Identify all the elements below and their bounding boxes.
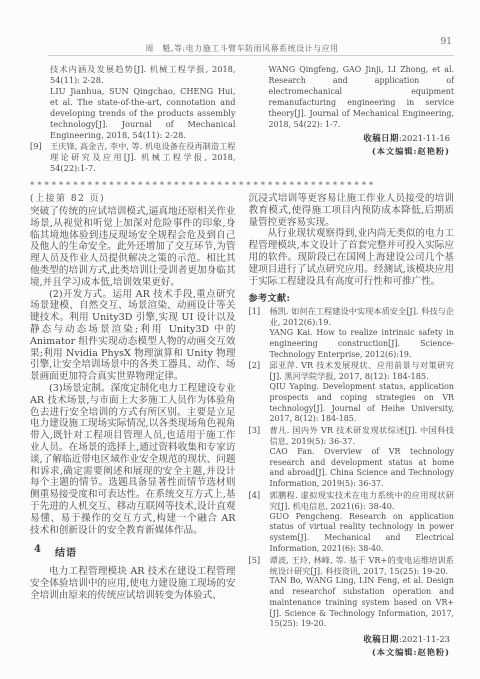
paragraph-scene-customization: (3)场景定制。深度定制化电力工程建设专业 AR 技术场景,与市面上大多施工人员… — [30, 383, 236, 536]
reference-chinese: 邱亚萍. VR 技术发展现状、应用前景与对策研究[J]. 黑河学院学报, 201… — [270, 360, 455, 382]
received-date-label: 收稿日期 — [363, 634, 399, 644]
reference-text: WANG Qingfeng, GAO Jinji, LI Zhong, et a… — [269, 64, 455, 130]
article-right-column: 沉浸式培训等更容易让施工作业人员接受的培训教育模式,使得施工项目内预防成本降低,… — [249, 193, 455, 658]
paragraph-industry-status: 从行业现状观察得到,业内尚无类似的电力工程管理模块,本文设计了首套完整并可投入实… — [249, 228, 455, 287]
conclusion-heading-number: 4 — [34, 544, 42, 559]
reference-chinese: 曹凡. 国内外 VR 技术研发现状综述[J]. 中国科技信息, 2019(5):… — [270, 425, 455, 447]
reference-entry: [3] 曹凡. 国内外 VR 技术研发现状综述[J]. 中国科技信息, 2019… — [249, 425, 455, 490]
reference-entry: 技术内涵及发展趋势[J]. 机械工程学报, 2018, 54(11): 2-28… — [30, 64, 236, 86]
editor-credit: (本文编辑:赵艳粉) — [249, 646, 455, 658]
received-date-line: 收稿日期:2021-11-16 — [249, 132, 455, 145]
reference-chinese: 杨凯. 如何在工程建设中实现本质安全[J]. 科技与企业, 2012(6):19… — [270, 306, 455, 328]
reference-entry: [2] 邱亚萍. VR 技术发展现状、应用前景与对策研究[J]. 黑河学院学报,… — [249, 360, 455, 425]
reference-english: GUO Pengcheng. Research on application s… — [270, 512, 455, 555]
reference-entry: WANG Qingfeng, GAO Jinji, LI Zhong, et a… — [249, 64, 455, 130]
received-date-label: 收稿日期 — [363, 133, 399, 143]
floral-divider: ❀❀❀❀❀❀❀❀❀❀❀❀❀❀❀❀❀❀❀❀❀❀❀❀❀❀❀❀❀❀❀❀❀❀❀❀❀❀❀❀… — [30, 181, 454, 187]
received-date-value: :2021-11-16 — [399, 133, 450, 143]
reference-entry: LIU Jianhua, SUN Qingchao, CHENG Hui, et… — [30, 86, 236, 141]
reference-body: 谭波, 王玲, 林峰, 等. 基于 VR+的变电运维培训系统设计研究[J]. 科… — [270, 555, 455, 631]
article-left-column: (上接第 82 页) 突破了传统的应试培训模式,逼真地还原相关作业场景,从视觉和… — [30, 193, 236, 658]
reference-text: 王庆锋, 高金吉, 李中, 等. 机电设备在役再制造工程理论研究及应用[J]. … — [50, 141, 236, 174]
reference-entry: [4] 郭鹏程. 虚拟现实技术在电力系统中的应用现状研究[J]. 机电信息, 2… — [249, 490, 455, 555]
reference-number: [9] — [30, 141, 50, 174]
reference-body: 曹凡. 国内外 VR 技术研发现状综述[J]. 中国科技信息, 2019(5):… — [270, 425, 455, 490]
prev-refs-left-column: 技术内涵及发展趋势[J]. 机械工程学报, 2018, 54(11): 2-28… — [30, 64, 236, 174]
reference-number: [1] — [249, 306, 270, 360]
reference-number — [30, 86, 50, 141]
reference-chinese: 郭鹏程. 虚拟现实技术在电力系统中的应用现状研究[J]. 机电信息, 2021(… — [270, 490, 455, 512]
reference-number: [5] — [249, 555, 270, 631]
conclusion-heading-title: 结语 — [55, 544, 77, 559]
reference-number: [4] — [249, 490, 270, 555]
reference-english: CAO Fan. Overview of VR technology resea… — [270, 447, 455, 490]
reference-body: 郭鹏程. 虚拟现实技术在电力系统中的应用现状研究[J]. 机电信息, 2021(… — [270, 490, 455, 555]
reference-body: 杨凯. 如何在工程建设中实现本质安全[J]. 科技与企业, 2012(6):19… — [270, 306, 455, 360]
page-header: 周 魁,等:电力施工斗臂车防雨风幕系统设计与应用 91 — [30, 36, 454, 49]
reference-number — [30, 64, 50, 86]
journal-page-scan: 周 魁,等:电力施工斗臂车防雨风幕系统设计与应用 91 技术内涵及发展趋势[J]… — [0, 0, 480, 679]
prev-refs-right-list: WANG Qingfeng, GAO Jinji, LI Zhong, et a… — [249, 64, 455, 130]
paragraph-conclusion-continued: 沉浸式培训等更容易让施工作业人员接受的培训教育模式,使得施工项目内预防成本降低,… — [249, 193, 455, 228]
reference-body: 邱亚萍. VR 技术发展现状、应用前景与对策研究[J]. 黑河学院学报, 201… — [270, 360, 455, 425]
reference-number: [2] — [249, 360, 270, 425]
received-date-value: :2021-11-23 — [399, 634, 450, 644]
received-date-line: 收稿日期:2021-11-23 — [249, 633, 455, 646]
reference-english: QIU Yaping. Development status, applicat… — [270, 382, 455, 425]
references-list: [1] 杨凯. 如何在工程建设中实现本质安全[J]. 科技与企业, 2012(6… — [249, 306, 455, 630]
reference-entry: [9] 王庆锋, 高金吉, 李中, 等. 机电设备在役再制造工程理论研究及应用[… — [30, 141, 236, 174]
prev-refs-right-column: WANG Qingfeng, GAO Jinji, LI Zhong, et a… — [249, 64, 455, 174]
continuation-note: (上接第 82 页) — [30, 193, 236, 206]
page-content: 周 魁,等:电力施工斗臂车防雨风幕系统设计与应用 91 技术内涵及发展趋势[J]… — [30, 36, 454, 658]
reference-entry: [5] 谭波, 王玲, 林峰, 等. 基于 VR+的变电运维培训系统设计研究[J… — [249, 555, 455, 631]
paragraph-development: (2)开发方式。运用 AR 技术手段,重点研究场景建模、自然交互、场景渲染、动画… — [30, 289, 236, 383]
references-heading: 参考文献: — [249, 291, 455, 304]
reference-entry: [1] 杨凯. 如何在工程建设中实现本质安全[J]. 科技与企业, 2012(6… — [249, 306, 455, 360]
paragraph-intro: 突破了传统的应试培训模式,逼真地还原相关作业场景,从视觉和听觉上加深对危险事件的… — [30, 206, 236, 289]
reference-english: YANG Kai. How to realize intrinsic safet… — [270, 328, 455, 360]
reference-text: LIU Jianhua, SUN Qingchao, CHENG Hui, et… — [50, 86, 236, 141]
editor-credit: (本文编辑:赵艳粉) — [249, 145, 455, 157]
reference-number: [3] — [249, 425, 270, 490]
reference-text: 技术内涵及发展趋势[J]. 机械工程学报, 2018, 54(11): 2-28… — [50, 64, 236, 86]
header-rule — [48, 55, 454, 56]
conclusion-heading: 4 结语 — [30, 544, 236, 559]
reference-chinese: 谭波, 王玲, 林峰, 等. 基于 VR+的变电运维培训系统设计研究[J]. 科… — [270, 555, 455, 577]
reference-number — [249, 64, 269, 130]
previous-article-references: 技术内涵及发展趋势[J]. 机械工程学报, 2018, 54(11): 2-28… — [30, 64, 454, 174]
running-title: 周 魁,等:电力施工斗臂车防雨风幕系统设计与应用 — [145, 44, 338, 53]
paragraph-conclusion: 电力工程管理模块 AR 技术在建设工程管理安全体验培训中的应用,使电力建设施工现… — [30, 566, 236, 601]
page-number: 91 — [441, 37, 452, 47]
continued-article: (上接第 82 页) 突破了传统的应试培训模式,逼真地还原相关作业场景,从视觉和… — [30, 193, 454, 658]
reference-english: TAN Bo, WANG Ling, LIN Feng, et al. Desi… — [270, 576, 455, 630]
